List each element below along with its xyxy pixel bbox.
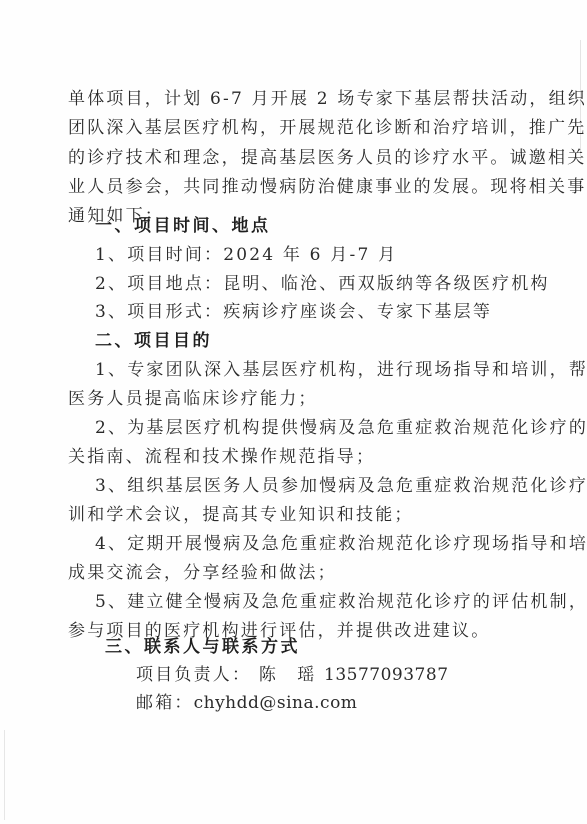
- contact-person-label: 项目负责人：: [136, 665, 251, 685]
- email-label: 邮箱：: [136, 693, 194, 713]
- contact-person-name: 陈 瑶: [259, 665, 317, 685]
- intro-line-4: 业人员参会，共同推动慢病防治健康事业的发展。现将相关事宜: [68, 176, 587, 198]
- section2-item-5-line-1: 5、建立健全慢病及急危重症救治规范化诊疗的评估机制，对: [95, 591, 587, 613]
- section1-heading: 一、项目时间、地点: [95, 215, 271, 237]
- section2-item-2-line-2: 关指南、流程和技术操作规范指导；: [68, 446, 375, 468]
- section2-item-1-line-1: 1、专家团队深入基层医疗机构，进行现场指导和培训，帮助: [95, 359, 587, 381]
- contact-phone: 13577093787: [324, 665, 448, 685]
- email-row: 邮箱：chyhdd@sina.com: [136, 692, 357, 714]
- scan-edge-left: [4, 730, 5, 820]
- section2-item-3-line-1: 3、组织基层医务人员参加慢病及急危重症救治规范化诊疗培: [95, 475, 587, 497]
- section1-item-3: 3、项目形式：疾病诊疗座谈会、专家下基层等: [95, 301, 492, 323]
- intro-line-1: 单体项目，计划 6-7 月开展 2 场专家下基层帮扶活动，组织专家: [68, 88, 587, 110]
- section2-item-2-line-1: 2、为基层医疗机构提供慢病及急危重症救治规范化诊疗的相: [95, 417, 587, 439]
- section2-item-3-line-2: 训和学术会议，提高其专业知识和技能；: [68, 504, 414, 526]
- contact-person-row: 项目负责人： 陈 瑶 13577093787: [136, 664, 449, 686]
- section2-heading: 二、项目目的: [95, 330, 212, 352]
- section2-item-4-line-1: 4、定期开展慢病及急危重症救治规范化诊疗现场指导和培训: [95, 533, 587, 555]
- section1-item-2: 2、项目地点：昆明、临沧、西双版纳等各级医疗机构: [95, 273, 550, 295]
- section1-item-1: 1、项目时间：2024 年 6 月-7 月: [95, 244, 397, 266]
- intro-line-2: 团队深入基层医疗机构，开展规范化诊断和治疗培训，推广先进: [68, 117, 587, 139]
- intro-line-3: 的诊疗技术和理念，提高基层医务人员的诊疗水平。诚邀相关专: [68, 147, 587, 169]
- section2-item-1-line-2: 医务人员提高临床诊疗能力；: [68, 388, 318, 410]
- section2-item-4-line-2: 成果交流会，分享经验和做法；: [68, 562, 337, 584]
- document-page: 单体项目，计划 6-7 月开展 2 场专家下基层帮扶活动，组织专家 团队深入基层…: [0, 0, 587, 824]
- email-value: chyhdd@sina.com: [194, 693, 358, 713]
- section3-heading: 三、联系人与联系方式: [105, 636, 300, 658]
